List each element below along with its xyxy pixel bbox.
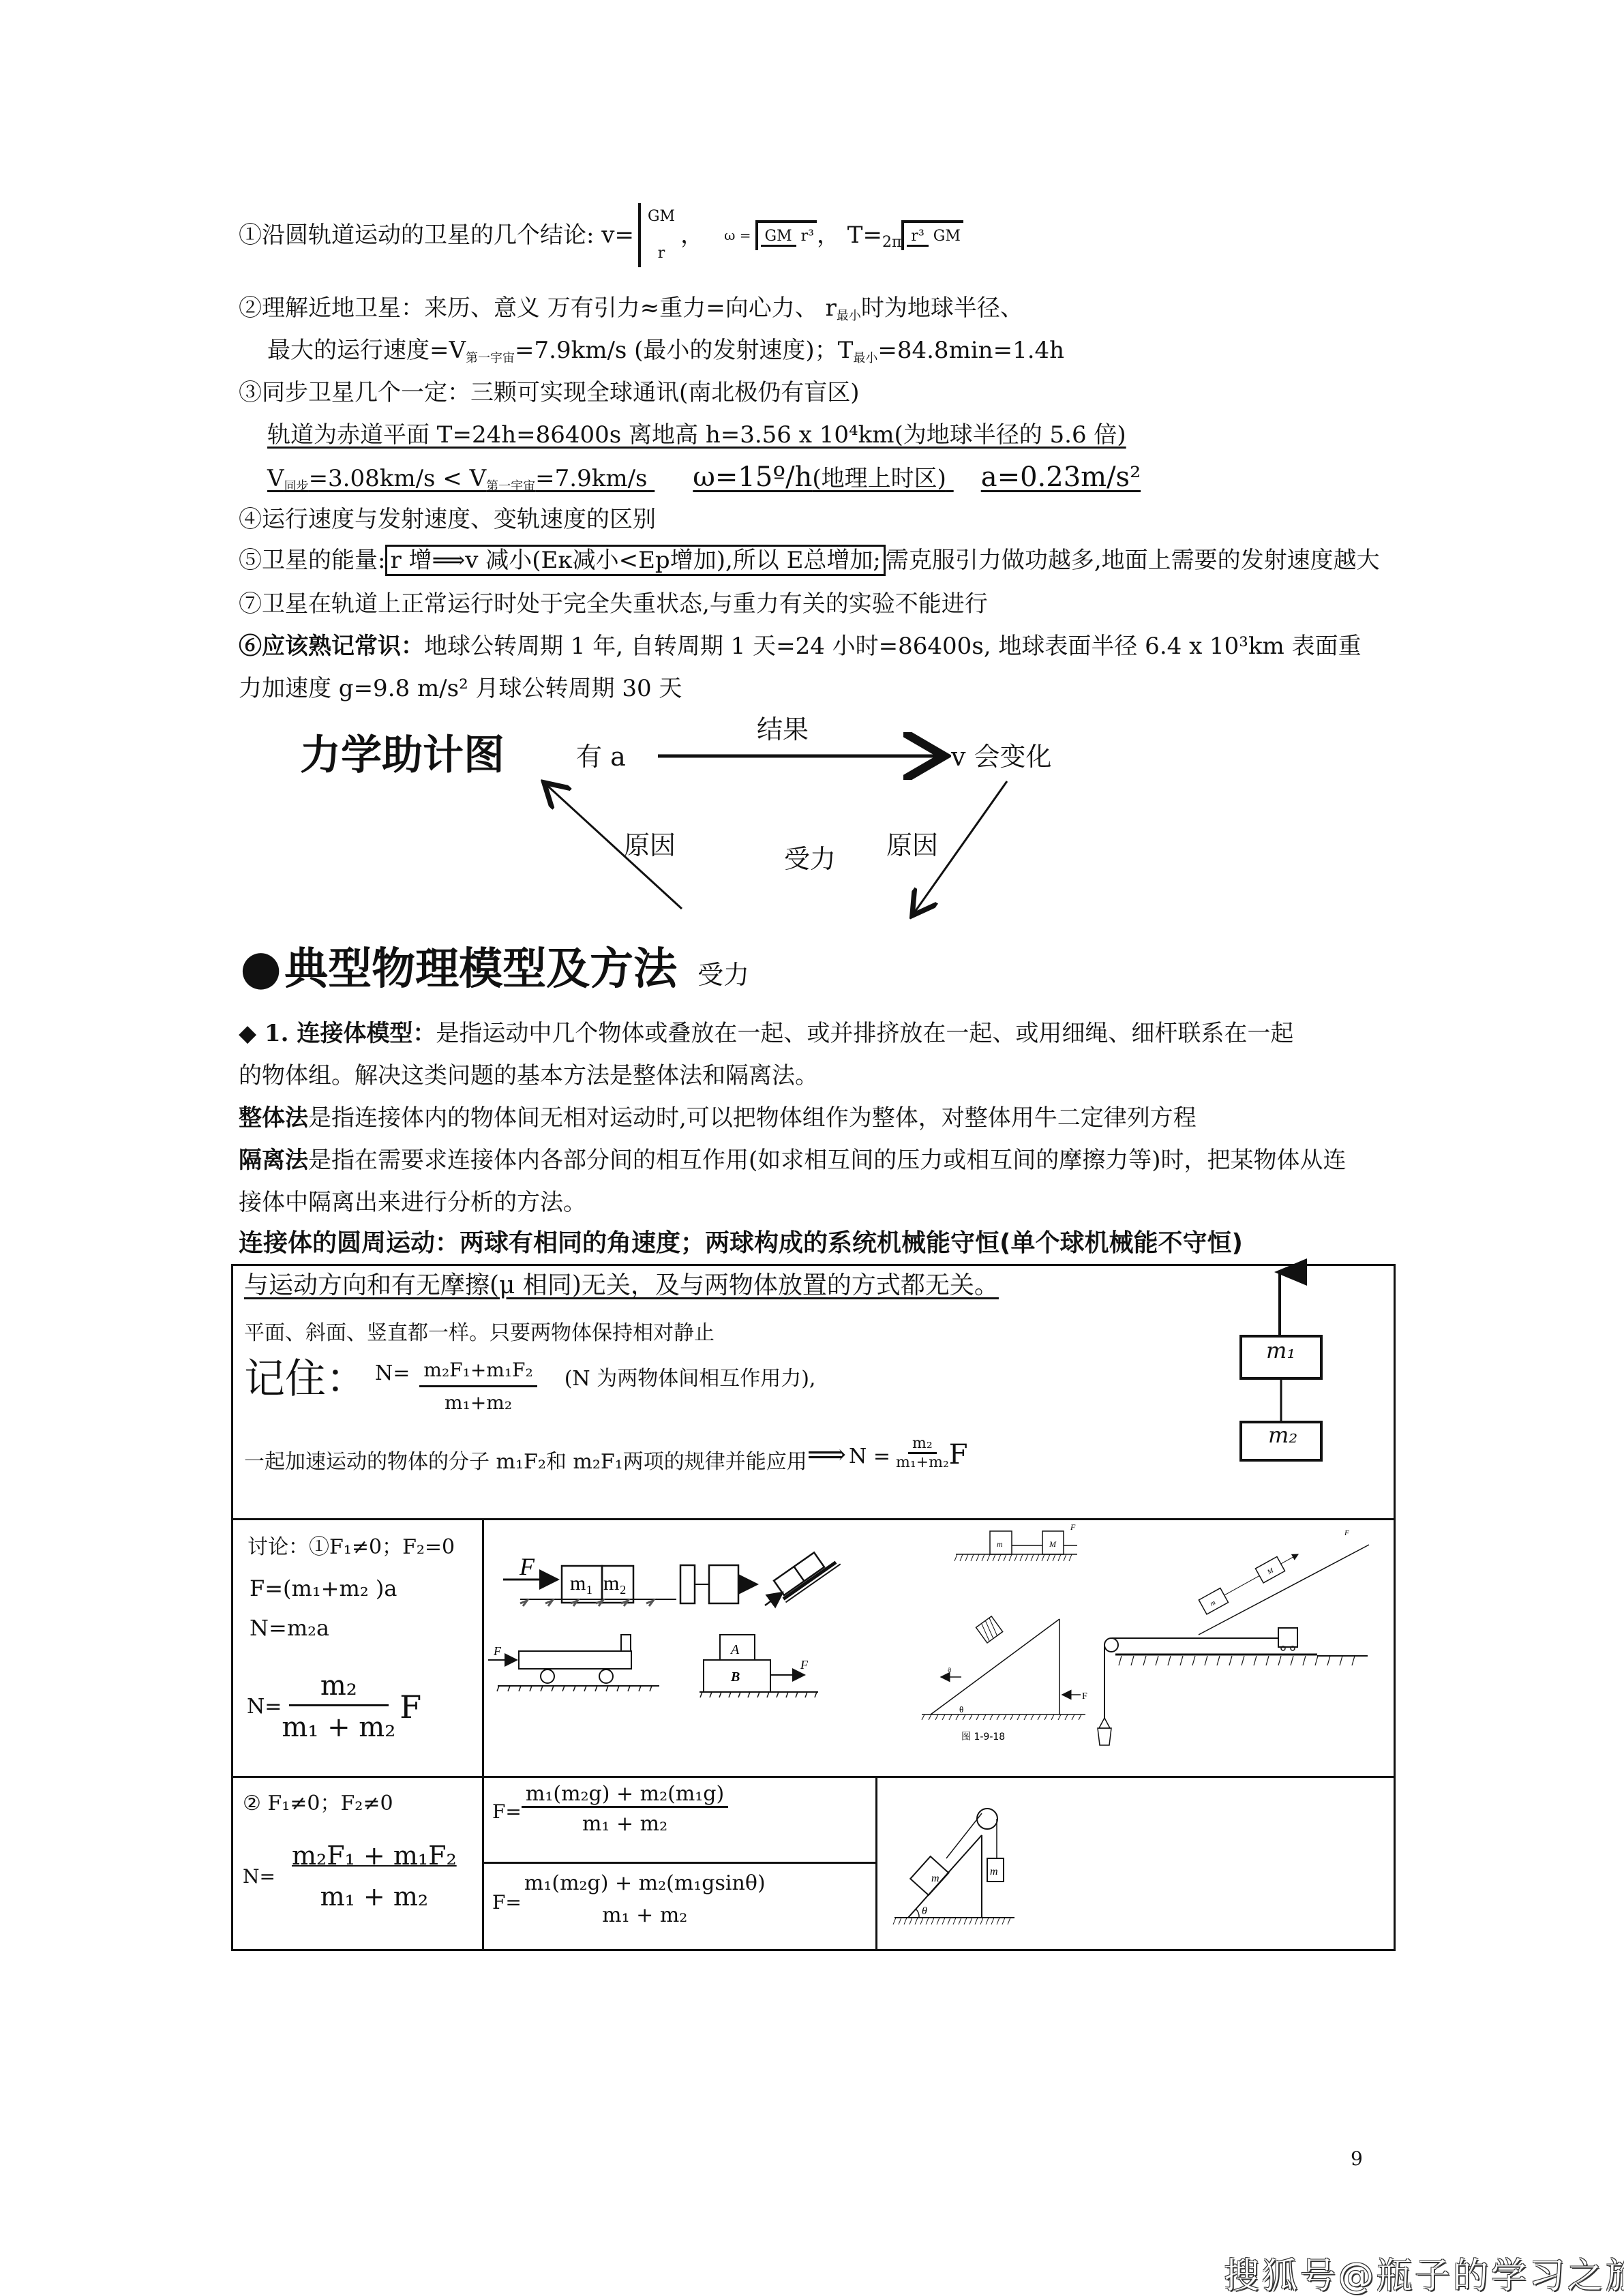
svg-text:图 1-9-18: 图 1-9-18 xyxy=(961,1732,1005,1742)
bullet-icon: ● xyxy=(240,939,282,995)
svg-text:F: F xyxy=(1082,1691,1087,1702)
satellite-item-6-line1: ⑥应该熟记常识：地球公转周期 1 年, 自转周期 1 天=24 小时=86400… xyxy=(239,633,1362,660)
row1-n-formula: m₂F₁+m₁F₂ m₁+m₂ xyxy=(419,1359,537,1414)
whole-method: 整体法是指连接体内的物体间无相对运动时,可以把物体组作为整体，对整体用牛二定律列… xyxy=(239,1104,1197,1132)
row1-remember: 记住： N= m₂F₁+m₁F₂ m₁+m₂ (N 为两物体间相互作用力), xyxy=(244,1346,815,1414)
circular-motion-note: 连接体的圆周运动：两球有相同的角速度；两球构成的系统机械能守恒(单个球机械能不守… xyxy=(239,1230,1243,1257)
item1-label: ①沿圆轨道运动的卫星的几个结论: v= xyxy=(239,222,634,249)
svg-text:M: M xyxy=(1265,1567,1275,1576)
svg-text:θ: θ xyxy=(959,1704,963,1715)
incline-pulley-figure: m m θ xyxy=(879,1779,1057,1943)
string-blocks-figure: m M F xyxy=(954,1522,1077,1561)
vertical-blocks-figure xyxy=(1227,1254,1364,1500)
row1-line1: 与运动方向和有无摩擦(μ 相同)无关，及与两物体放置的方式都无关。 xyxy=(244,1272,999,1299)
row2-figures: F m₁ m₂ F A B F xyxy=(484,1520,1398,1777)
isolation-method: 隔离法是指在需要求连接体内各部分间的相互作用(如求相互间的压力或相互间的摩擦力等… xyxy=(239,1147,1347,1174)
energy-box: r 增⟹v 减小(Eк减小<Ep增加),所以 E总增加; xyxy=(385,545,885,576)
T-label: ， T= xyxy=(817,222,882,249)
svg-text:F: F xyxy=(493,1644,502,1658)
satellite-item-2-line2: 最大的运行速度=V第一宇宙=7.9km/s (最小的发射速度)；T最小=84.8… xyxy=(267,337,1064,372)
label-result: 结果 xyxy=(757,716,809,743)
label-cause-left: 原因 xyxy=(624,832,676,859)
satellite-item-3-line2: V同步=3.08km/s < V第一宇宙=7.9km/s ω=15º/h(地理上… xyxy=(267,464,1141,500)
section-title: ● 典型物理模型及方法 受力 xyxy=(240,934,749,997)
satellite-item-1: ①沿圆轨道运动的卫星的几个结论: v= GM r ， ω = GM r³ ， T… xyxy=(239,205,963,266)
svg-text:a: a xyxy=(948,1664,952,1674)
svg-text:θ: θ xyxy=(922,1905,927,1917)
svg-text:F: F xyxy=(800,1658,809,1672)
connected-body-heading: ◆ 1. 连接体模型：是指运动中几个物体或叠放在一起、或并排挤放在一起、或用细绳… xyxy=(239,1020,1293,1047)
omega-label: ω = xyxy=(724,222,751,249)
svg-text:m: m xyxy=(1209,1599,1217,1608)
satellite-item-2-line1: ②理解近地卫星：来历、意义 万有引力≈重力=向心力、 r最小时为地球半径、 xyxy=(239,294,1023,330)
row3-f1-formula: F= m₁(m₂g) + m₂(m₁g) m₁ + m₂ xyxy=(492,1782,728,1836)
svg-text:F: F xyxy=(1070,1522,1076,1532)
label-cause-right: 原因 xyxy=(886,832,938,859)
rod-connected-blocks-figure xyxy=(680,1565,757,1603)
v-formula: GM r xyxy=(638,203,678,267)
isolation-method-line2: 接体中隔离出来进行分析的方法。 xyxy=(239,1189,586,1216)
row1-n2-formula: m₂ m₁+m₂ xyxy=(896,1435,949,1471)
watermark: 搜狐号@瓶子的学习之旅 xyxy=(1224,2247,1624,2296)
connected-body-line2: 的物体组。解决这类问题的基本方法是整体法和隔离法。 xyxy=(239,1062,818,1089)
satellite-item-5: ⑤卫星的能量:r 增⟹v 减小(Eк减小<Ep增加),所以 E总增加;需克服引力… xyxy=(239,547,1380,574)
implies-arrow-icon: ⟹ xyxy=(807,1439,846,1470)
mechanics-diagram-title: 力学助计图 xyxy=(300,723,505,781)
row3-f2-formula: F= m₁(m₂g) + m₂(m₁gsinθ) m₁ + m₂ xyxy=(492,1871,768,1927)
svg-text:F: F xyxy=(519,1553,535,1580)
pulley-cart-figure xyxy=(1098,1628,1368,1745)
satellite-item-6-line2: 力加速度 g=9.8 m/s² 月球公转周期 30 天 xyxy=(239,675,682,702)
satellite-item-3-title: ③同步卫星几个一定：三颗可实现全球通讯(南北极仍有盲区) xyxy=(239,379,860,406)
svg-text:m₂: m₂ xyxy=(603,1572,627,1595)
svg-text:m: m xyxy=(931,1873,939,1884)
block-m1-label: m₁ xyxy=(1266,1338,1295,1363)
T-formula: r³ GM xyxy=(901,220,963,250)
satellite-item-7: ⑦卫星在轨道上正常运行时处于完全失重状态,与重力有关的实验不能进行 xyxy=(239,590,988,618)
incline-string-blocks-figure: m M F xyxy=(1199,1529,1369,1635)
row2-n-formula: N= m₂ m₁ + m₂ F xyxy=(247,1670,421,1743)
row3-case: ② F₁≠0；F₂≠0 xyxy=(243,1790,393,1817)
svg-text:B: B xyxy=(730,1670,740,1685)
wedge-figure: a F θ 图 1-9-18 xyxy=(922,1616,1087,1742)
svg-text:F: F xyxy=(1344,1529,1349,1537)
svg-text:m₁: m₁ xyxy=(570,1572,593,1595)
row2-eq1: F=(m₁+m₂ )a xyxy=(250,1575,397,1602)
block-m2-label: m₂ xyxy=(1268,1422,1297,1448)
page-number: 9 xyxy=(1351,2147,1363,2170)
row3-n-formula: N= m₂F₁ + m₁F₂ m₁ + m₂ xyxy=(243,1841,460,1912)
node-has-acceleration: 有 a xyxy=(576,743,626,770)
node-force: 受力 xyxy=(784,845,836,873)
svg-text:m: m xyxy=(997,1539,1003,1549)
stacked-blocks-figure: A B F xyxy=(700,1635,818,1697)
row1-line2: 平面、斜面、竖直都一样。只要两物体保持相对静止 xyxy=(244,1320,715,1347)
row2-discussion: 讨论：①F₁≠0；F₂=0 xyxy=(247,1534,455,1561)
omega-formula: GM r³ xyxy=(755,220,817,250)
svg-text:A: A xyxy=(730,1642,740,1657)
svg-text:m: m xyxy=(990,1866,998,1877)
cart-figure: F xyxy=(488,1635,659,1691)
two-blocks-push-figure: F m₁ m₂ xyxy=(503,1553,676,1606)
row1-line4: 一起加速运动的物体的分子 m₁F₂和 m₂F₁两项的规律并能应用 ⟹ N = m… xyxy=(244,1435,968,1475)
row2-eq2: N=m₂a xyxy=(250,1614,329,1642)
svg-text:M: M xyxy=(1049,1539,1057,1549)
satellite-item-4: ④运行速度与发射速度、变轨速度的区别 xyxy=(239,506,656,533)
node-velocity-changes: v 会变化 xyxy=(951,743,1052,770)
satellite-item-3-line1: 轨道为赤道平面 T=24h=86400s 离地高 h=3.56 x 10⁴km(… xyxy=(267,421,1126,449)
